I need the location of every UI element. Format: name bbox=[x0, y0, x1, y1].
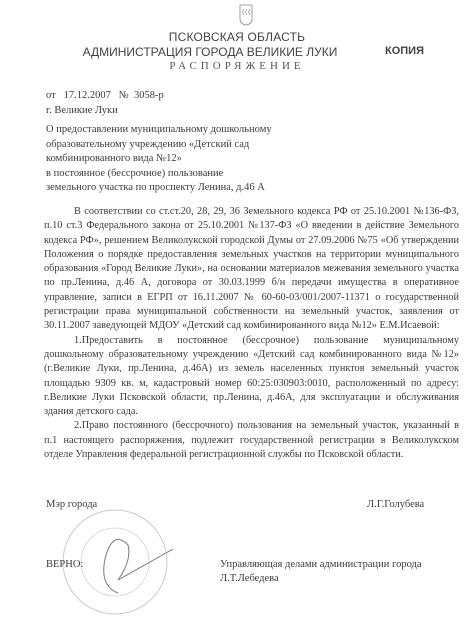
copy-mark: КОПИЯ bbox=[385, 45, 424, 57]
document-type: РАСПОРЯЖЕНИЕ bbox=[0, 60, 474, 72]
mayor-name: Л.Г.Голубева bbox=[367, 499, 424, 510]
manager-name: Л.Т.Лебедева bbox=[220, 573, 279, 584]
date-number-line: от 17.12.2007 № 3058-р bbox=[46, 88, 164, 103]
subject-line: образовательному учреждению «Детский сад bbox=[46, 138, 306, 153]
preamble-paragraph: В соответствии со ст.ст.20, 28, 29, 36 З… bbox=[44, 205, 459, 334]
subject-line: в постоянное (бессрочное) пользование bbox=[46, 167, 306, 182]
manager-title: Управляющая делами администрации города bbox=[220, 559, 422, 570]
document-body: В соответствии со ст.ст.20, 28, 29, 36 З… bbox=[44, 205, 459, 462]
coat-of-arms-icon bbox=[239, 4, 253, 26]
item-2-paragraph: 2.Право постоянного (бессрочного) пользо… bbox=[44, 419, 459, 462]
subject-line: комбинированного вида №12» bbox=[46, 152, 306, 167]
item-1-paragraph: 1.Предоставить в постоянное (бессрочное)… bbox=[44, 334, 459, 420]
document-page: ПСКОВСКАЯ ОБЛАСТЬ АДМИНИСТРАЦИЯ ГОРОДА В… bbox=[0, 0, 474, 633]
region-title: ПСКОВСКАЯ ОБЛАСТЬ bbox=[0, 30, 474, 44]
subject-line: О предоставлении муниципальному дошкольн… bbox=[46, 123, 306, 138]
subject-line: земельного участка по проспекту Ленина, … bbox=[46, 181, 306, 196]
document-meta: от 17.12.2007 № 3058-р г. Великие Луки bbox=[46, 88, 164, 118]
subject-block: О предоставлении муниципальному дошкольн… bbox=[46, 123, 306, 196]
verified-label: ВЕРНО: bbox=[46, 559, 83, 570]
city-line: г. Великие Луки bbox=[46, 103, 164, 118]
mayor-title: Мэр города bbox=[46, 499, 97, 510]
